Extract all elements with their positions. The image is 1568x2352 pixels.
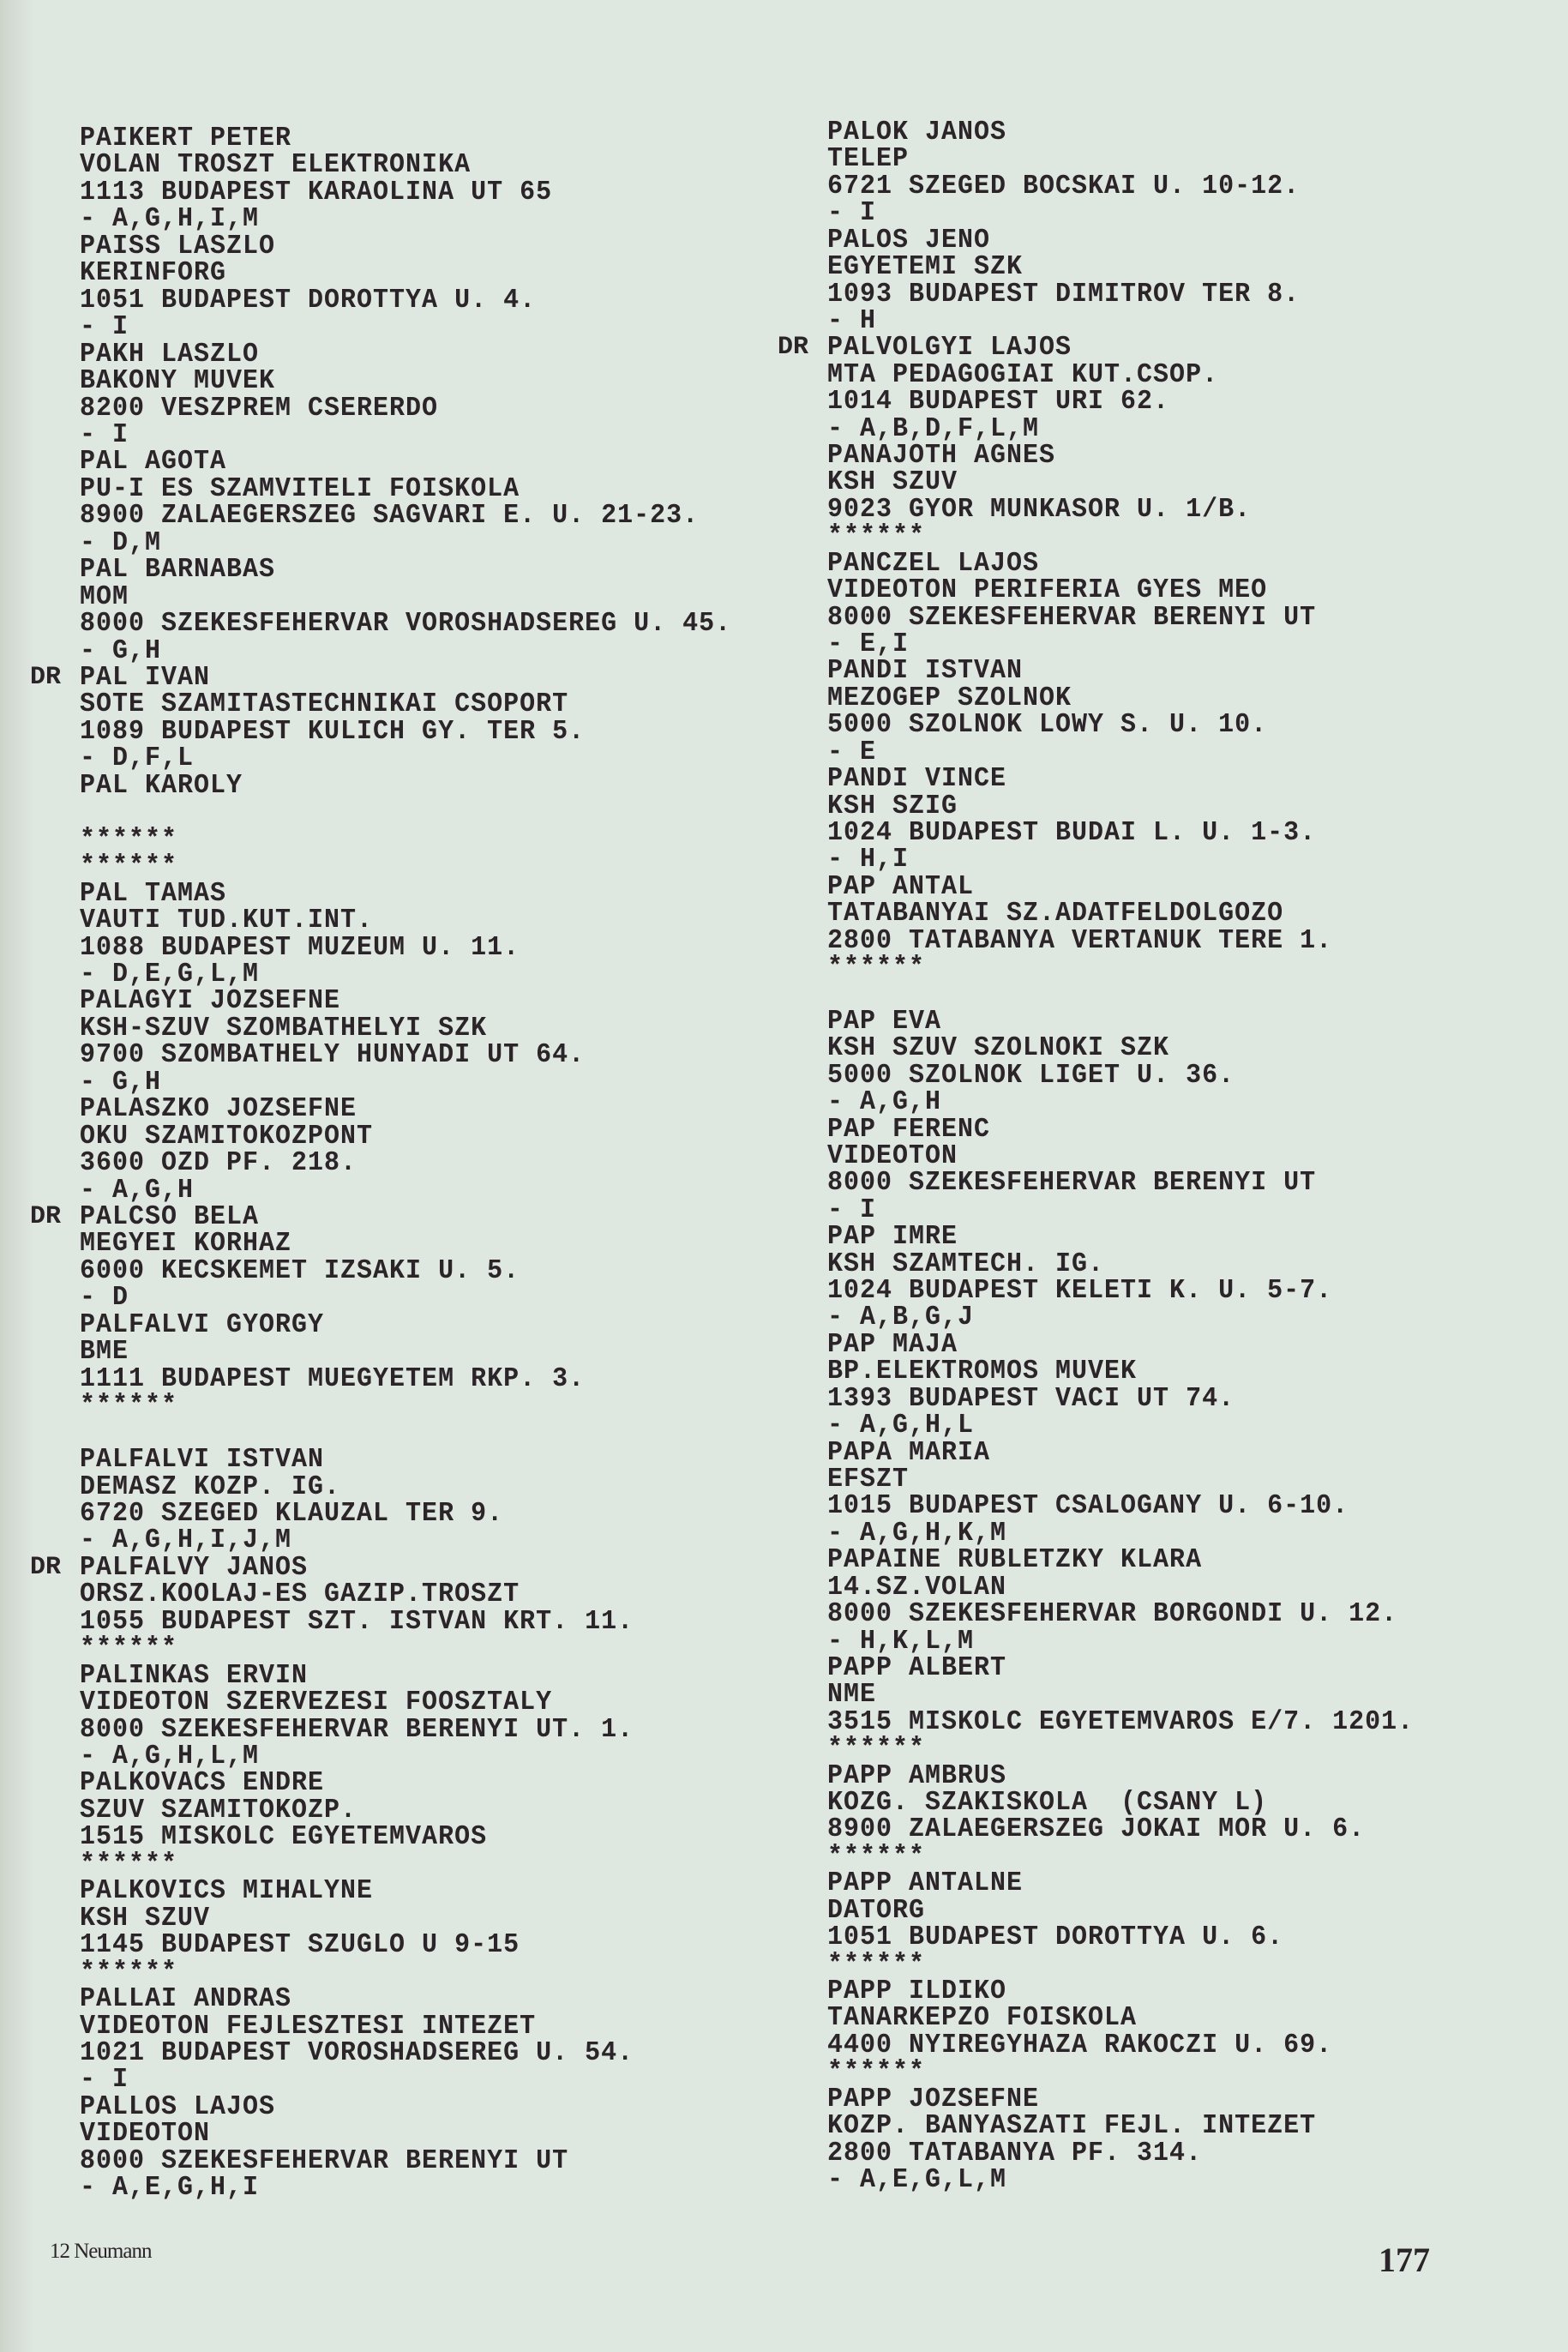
page-number: 177 [1379,2240,1430,2280]
address-line: 8000 SZEKESFEHERVAR BORGONDI U. 12. [827,1601,1397,1628]
entry-line: PAP ANTAL [827,874,974,901]
entry-line: VIDEOTON [827,1143,958,1170]
entry-line: KSH SZAMTECH. IG. [827,1251,1104,1278]
address-line: 9023 GYOR MUNKASOR U. 1/B. [827,496,1251,524]
entry-line: PAPP ALBERT [827,1655,1006,1682]
entry-line: MEGYEI KORHAZ [80,1230,291,1258]
entry-line: VOLAN TROSZT ELEKTRONIKA [80,152,471,179]
entry-line: SOTE SZAMITASTECHNIKAI CSOPORT [80,691,568,719]
separator-stars: ****** [80,1959,177,1987]
category-codes: - D,F,L [80,745,194,773]
entry-line: KSH SZUV [827,469,958,496]
entry-line: NME [827,1681,876,1709]
entry-line: PALKOVICS MIHALYNE [80,1878,373,1905]
category-codes: - I [827,200,876,227]
title-prefix: DR [30,1555,61,1580]
address-line: 3600 OZD PF. 218. [80,1150,357,1177]
entry-line: PALASZKO JOZSEFNE [80,1096,357,1123]
entry-line: PALFALVI GYORGY [80,1312,324,1339]
entry-line: PAPP ILDIKO [827,1978,1006,2006]
entry-line: PALINKAS ERVIN [80,1663,308,1690]
address-line: 1088 BUDAPEST MUZEUM U. 11. [80,935,520,962]
separator-stars: ****** [80,1393,177,1420]
category-codes: - H,K,L,M [827,1628,974,1656]
entry-line: KOZP. BANYASZATI FEJL. INTEZET [827,2113,1316,2140]
entry-line: PALVOLGYI LAJOS [827,334,1072,362]
address-line: 8900 ZALAEGERSZEG SAGVARI E. U. 21-23. [80,502,699,530]
address-line: 1021 BUDAPEST VOROSHADSEREG U. 54. [80,2040,634,2067]
address-line: 8000 SZEKESFEHERVAR BERENYI UT [827,1170,1316,1197]
category-codes: - G,H [80,1069,161,1097]
entry-line: PAP MAJA [827,1332,958,1359]
address-line: 5000 SZOLNOK LIGET U. 36. [827,1062,1235,1090]
entry-line: PALOS JENO [827,227,990,255]
address-line: 1515 MISKOLC EGYETEMVAROS [80,1824,487,1851]
entry-line: MEZOGEP SZOLNOK [827,685,1072,713]
address-line: 8900 ZALAEGERSZEG JOKAI MOR U. 6. [827,1816,1365,1844]
address-line: 1093 BUDAPEST DIMITROV TER 8. [827,281,1300,309]
separator-stars: ****** [80,1635,177,1663]
entry-line: PALAGYI JOZSEFNE [80,988,340,1015]
entry-line: PAPA MARIA [827,1440,990,1467]
category-codes: - A,E,G,H,I [80,2175,259,2202]
entry-line: KSH-SZUV SZOMBATHELYI SZK [80,1015,487,1043]
entry-line: KSH SZUV SZOLNOKI SZK [827,1035,1169,1062]
separator-stars: ****** [80,853,177,881]
entry-line: DATORG [827,1898,925,1925]
category-codes: - I [80,2066,129,2094]
title-prefix: DR [30,1204,61,1230]
category-codes: - A,B,D,F,L,M [827,416,1039,443]
category-codes: - A,G,H [80,1177,194,1205]
separator-stars: ****** [827,1844,925,1871]
entry-line: PAP FERENC [827,1116,990,1144]
address-line: 5000 SZOLNOK LOWY S. U. 10. [827,712,1267,739]
address-line: 8000 SZEKESFEHERVAR BERENYI UT [827,605,1316,632]
entry-line: KSH SZUV [80,1905,210,1933]
category-codes: - A,G,H [827,1089,941,1116]
address-line: 6721 SZEGED BOCSKAI U. 10-12. [827,173,1300,201]
category-codes: - G,H [80,638,161,665]
title-prefix: DR [30,665,61,690]
category-codes: - D,E,G,L,M [80,961,259,989]
address-line: 1051 BUDAPEST DOROTTYA U. 6. [827,1924,1283,1952]
category-codes: - A,G,H,K,M [827,1520,1006,1548]
entry-line: PALKOVACS ENDRE [80,1770,324,1797]
address-line: 1024 BUDAPEST BUDAI L. U. 1-3. [827,820,1316,847]
entry-line: BP.ELEKTROMOS MUVEK [827,1358,1137,1386]
category-codes: - I [827,1197,876,1224]
entry-line: VIDEOTON FEJLESZTESI INTEZET [80,2013,536,2041]
entry-line: PAPP ANTALNE [827,1870,1023,1898]
separator-stars: ****** [827,2059,925,2086]
entry-line: KSH SZIG [827,793,958,821]
entry-line: PALCSO BELA [80,1204,259,1231]
entry-line: ORSZ.KOOLAJ-ES GAZIP.TROSZT [80,1581,520,1609]
category-codes: - I [80,422,129,449]
category-codes: - H [827,308,876,335]
address-line: 9700 SZOMBATHELY HUNYADI UT 64. [80,1042,585,1069]
separator-stars: ****** [80,1851,177,1879]
entry-line: PAL AGOTA [80,448,226,476]
directory-page: PAIKERT PETERVOLAN TROSZT ELEKTRONIKA111… [0,0,1568,2352]
entry-line: KERINFORG [80,260,226,287]
address-line: 6720 SZEGED KLAUZAL TER 9. [80,1501,503,1528]
entry-line: MTA PEDAGOGIAI KUT.CSOP. [827,362,1218,389]
address-line: 1015 BUDAPEST CSALOGANY U. 6-10. [827,1493,1349,1520]
category-codes: - A,G,H,I,M [80,206,259,233]
category-codes: - I [80,314,129,341]
entry-line: PANDI ISTVAN [827,658,1023,685]
entry-line: PAKH LASZLO [80,341,259,369]
address-line: 1089 BUDAPEST KULICH GY. TER 5. [80,719,585,746]
entry-line: VIDEOTON [80,2120,210,2148]
address-line: 2800 TATABANYA VERTANUK TERE 1. [827,928,1332,955]
entry-line: OKU SZAMITOKOZPONT [80,1123,373,1151]
entry-line: KOZG. SZAKISKOLA (CSANY L) [827,1790,1267,1817]
entry-line: PAIKERT PETER [80,125,291,153]
address-line: 1111 BUDAPEST MUEGYETEM RKP. 3. [80,1366,585,1393]
entry-line: 14.SZ.VOLAN [827,1574,1006,1602]
category-codes: - H,I [827,846,909,874]
entry-line: MOM [80,584,129,611]
address-line: 1113 BUDAPEST KARAOLINA UT 65 [80,179,552,207]
entry-line: BAKONY MUVEK [80,368,275,395]
separator-stars: ****** [80,827,177,854]
category-codes: - A,G,H,L,M [80,1743,259,1771]
entry-line: DEMASZ KOZP. IG. [80,1474,340,1501]
entry-line: PALFALVY JANOS [80,1555,308,1582]
entry-line: PU-I ES SZAMVITELI FOISKOLA [80,476,520,503]
entry-line: PAPP AMBRUS [827,1763,1006,1790]
category-codes: - A,B,G,J [827,1304,974,1332]
address-line: 1014 BUDAPEST URI 62. [827,388,1169,416]
entry-line: PALOK JANOS [827,119,1006,147]
address-line: 1055 BUDAPEST SZT. ISTVAN KRT. 11. [80,1609,634,1636]
entry-line: PAP IMRE [827,1224,958,1251]
entry-line: VIDEOTON PERIFERIA GYES MEO [827,577,1267,605]
entry-line: PANDI VINCE [827,766,1006,793]
entry-line: PANAJOTH AGNES [827,442,1055,470]
address-line: 8000 SZEKESFEHERVAR BERENYI UT. 1. [80,1717,634,1744]
address-line: 8000 SZEKESFEHERVAR VOROSHADSEREG U. 45. [80,611,731,638]
entry-line: EFSZT [827,1466,909,1494]
address-line: 1393 BUDAPEST VACI UT 74. [827,1386,1235,1413]
entry-line: PAISS LASZLO [80,233,275,261]
entry-line: PAL IVAN [80,665,210,692]
entry-line: PALFALVI ISTVAN [80,1447,324,1474]
category-codes: - E [827,739,876,767]
separator-stars: ****** [827,1952,925,1979]
category-codes: - A,G,H,I,J,M [80,1527,291,1555]
entry-line: VIDEOTON SZERVEZESI FOOSZTALY [80,1689,552,1717]
address-line: 8000 SZEKESFEHERVAR BERENYI UT [80,2148,568,2175]
address-line: 1024 BUDAPEST KELETI K. U. 5-7. [827,1278,1332,1305]
entry-line: PAL TAMAS [80,881,226,908]
entry-line: PAP EVA [827,1008,941,1036]
separator-stars: ****** [827,523,925,550]
entry-line: PAL BARNABAS [80,556,275,584]
separator-stars: ****** [827,954,925,982]
entry-line: VAUTI TUD.KUT.INT. [80,907,373,935]
entry-line: TANARKEPZO FOISKOLA [827,2005,1137,2032]
category-codes: - D [80,1284,129,1312]
title-prefix: DR [778,334,808,360]
entry-line: TELEP [827,146,909,173]
category-codes: - A,G,H,L [827,1412,974,1440]
entry-line: PAPAINE RUBLETZKY KLARA [827,1547,1202,1574]
footer-signature: 12 Neumann [50,2240,151,2264]
address-line: 8200 VESZPREM CSERERDO [80,395,438,423]
category-codes: - D,M [80,530,161,557]
address-line: 4400 NYIREGYHAZA RAKOCZI U. 69. [827,2032,1332,2060]
address-line: 2800 TATABANYA PF. 314. [827,2140,1202,2168]
address-line: 6000 KECSKEMET IZSAKI U. 5. [80,1258,520,1285]
address-line: 3515 MISKOLC EGYETEMVAROS E/7. 1201. [827,1709,1414,1736]
entry-line: PANCZEL LAJOS [827,550,1039,578]
entry-line: BME [80,1338,129,1366]
entry-line: PAL KAROLY [80,773,243,800]
category-codes: - A,E,G,L,M [827,2167,1006,2194]
separator-stars: ****** [827,1735,925,1763]
address-line: 1051 BUDAPEST DOROTTYA U. 4. [80,287,536,315]
address-line: 1145 BUDAPEST SZUGLO U 9-15 [80,1932,520,1959]
entry-line: PAPP JOZSEFNE [827,2086,1039,2114]
entry-line: TATABANYAI SZ.ADATFELDOLGOZO [827,900,1283,928]
entry-line: SZUV SZAMITOKOZP. [80,1797,357,1825]
entry-line: PALLOS LAJOS [80,2094,275,2121]
category-codes: - E,I [827,631,909,659]
entry-line: PALLAI ANDRAS [80,1986,291,2013]
entry-line: EGYETEMI SZK [827,254,1023,281]
